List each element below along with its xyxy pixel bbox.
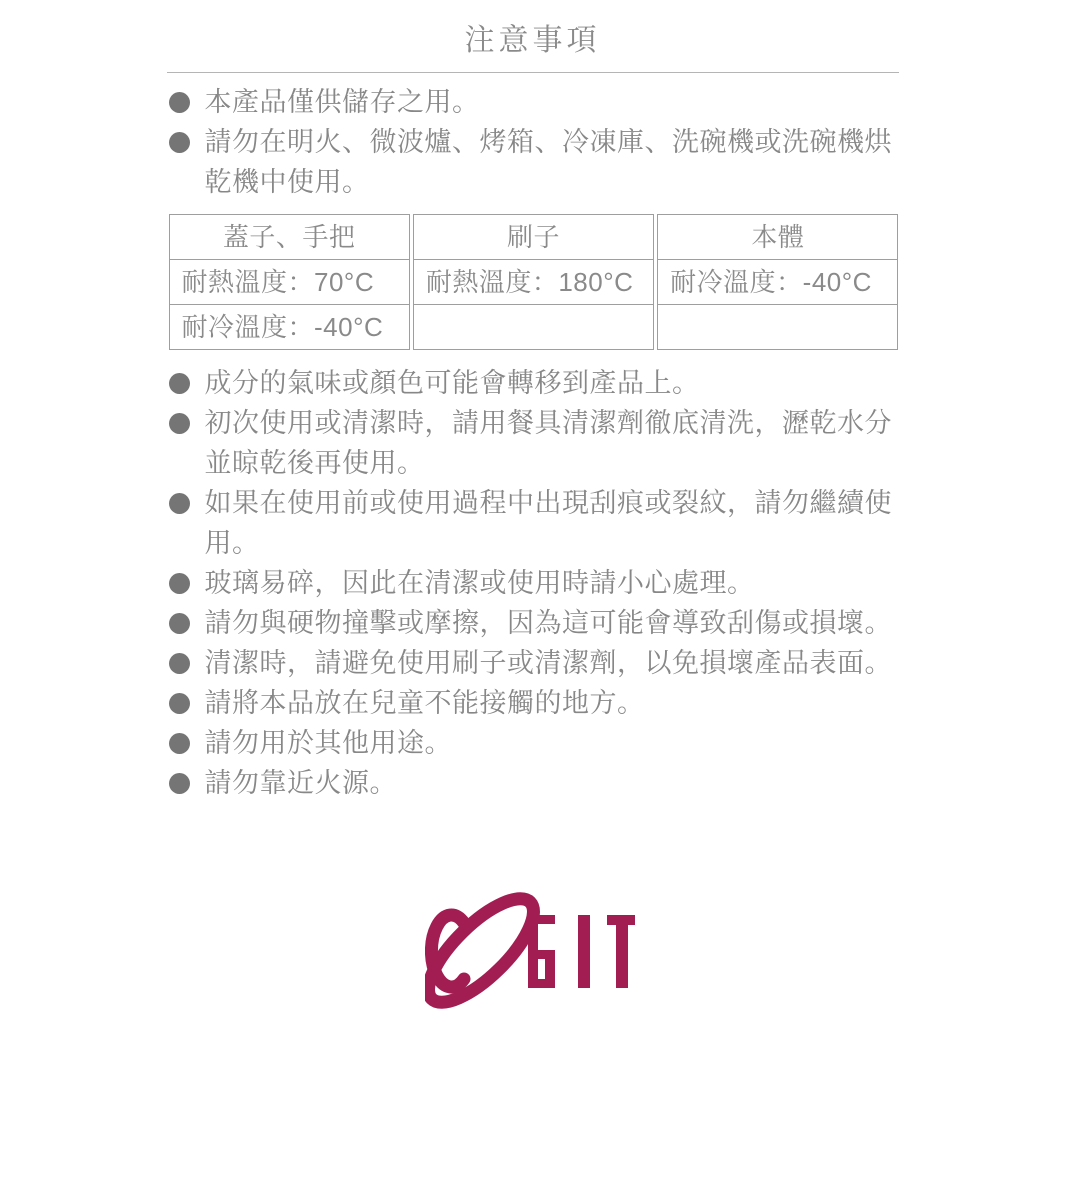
note-item: 玻璃易碎，因此在清潔或使用時請小心處理。 — [167, 563, 899, 603]
note-item: 請勿與硬物撞擊或摩擦，因為這可能會導致刮傷或損壞。 — [167, 603, 899, 643]
bullet-dot-icon — [169, 92, 190, 113]
note-item: 如果在使用前或使用過程中出現刮痕或裂紋，請勿繼續使用。 — [167, 483, 899, 563]
note-text: 請勿靠近火源。 — [205, 768, 398, 798]
bullet-dot-icon — [169, 773, 190, 794]
note-item: 初次使用或清潔時，請用餐具清潔劑徹底清洗，瀝乾水分並晾乾後再使用。 — [167, 403, 899, 483]
bullet-dot-icon — [169, 373, 190, 394]
page-title: 注意事項 — [167, 22, 899, 60]
bullet-dot-icon — [169, 573, 190, 594]
bullet-dot-icon — [169, 733, 190, 754]
logo-letter-g — [528, 915, 555, 988]
spec-column-header: 本體 — [658, 215, 897, 259]
logo-letter-i — [578, 915, 590, 988]
note-text: 清潔時，請避免使用刷子或清潔劑，以免損壞產品表面。 — [205, 648, 893, 678]
note-text: 如果在使用前或使用過程中出現刮痕或裂紋，請勿繼續使用。 — [205, 488, 893, 558]
note-text: 請勿在明火、微波爐、烤箱、冷凍庫、洗碗機或洗碗機烘乾機中使用。 — [205, 127, 893, 197]
note-item: 清潔時，請避免使用刷子或清潔劑，以免損壞產品表面。 — [167, 643, 899, 683]
note-text: 請勿與硬物撞擊或摩擦，因為這可能會導致刮傷或損壞。 — [205, 608, 893, 638]
spec-column-header: 蓋子、手把 — [170, 215, 409, 259]
note-item: 請勿用於其他用途。 — [167, 723, 899, 763]
note-text: 請勿用於其他用途。 — [205, 728, 453, 758]
spec-cell: 耐熱溫度：180°C — [414, 259, 653, 304]
logo-letter-t — [607, 915, 635, 988]
note-item: 成分的氣味或顏色可能會轉移到產品上。 — [167, 363, 899, 403]
spec-cell — [658, 304, 897, 349]
note-text: 初次使用或清潔時，請用餐具清潔劑徹底清洗，瀝乾水分並晾乾後再使用。 — [205, 408, 893, 478]
note-item: 請勿在明火、微波爐、烤箱、冷凍庫、洗碗機或洗碗機烘乾機中使用。 — [167, 122, 899, 202]
bullet-dot-icon — [169, 693, 190, 714]
cogit-logo-icon — [425, 889, 640, 1014]
notes-list-top: 本產品僅供儲存之用。 請勿在明火、微波爐、烤箱、冷凍庫、洗碗機或洗碗機烘乾機中使… — [167, 82, 899, 202]
temperature-spec-table: 蓋子、手把 耐熱溫度：70°C 耐冷溫度：-40°C 刷子 耐熱溫度：180°C… — [169, 214, 899, 350]
bullet-dot-icon — [169, 132, 190, 153]
notes-list-bottom: 成分的氣味或顏色可能會轉移到產品上。 初次使用或清潔時，請用餐具清潔劑徹底清洗，… — [167, 363, 899, 803]
precautions-page: 注意事項 本產品僅供儲存之用。 請勿在明火、微波爐、烤箱、冷凍庫、洗碗機或洗碗機… — [167, 0, 899, 1014]
note-text: 本產品僅供儲存之用。 — [205, 87, 480, 117]
note-item: 請將本品放在兒童不能接觸的地方。 — [167, 683, 899, 723]
bullet-dot-icon — [169, 613, 190, 634]
bullet-dot-icon — [169, 413, 190, 434]
bullet-dot-icon — [169, 653, 190, 674]
bullet-dot-icon — [169, 493, 190, 514]
spec-cell: 耐冷溫度：-40°C — [170, 304, 409, 349]
spec-column-lid-handle: 蓋子、手把 耐熱溫度：70°C 耐冷溫度：-40°C — [169, 214, 410, 350]
note-item: 請勿靠近火源。 — [167, 763, 899, 803]
note-item: 本產品僅供儲存之用。 — [167, 82, 899, 122]
spec-cell — [414, 304, 653, 349]
spec-column-body: 本體 耐冷溫度：-40°C — [657, 214, 898, 350]
spec-cell: 耐熱溫度：70°C — [170, 259, 409, 304]
note-text: 請將本品放在兒童不能接觸的地方。 — [205, 688, 645, 718]
title-divider — [167, 72, 899, 73]
note-text: 成分的氣味或顏色可能會轉移到產品上。 — [205, 368, 700, 398]
spec-column-header: 刷子 — [414, 215, 653, 259]
spec-cell: 耐冷溫度：-40°C — [658, 259, 897, 304]
note-text: 玻璃易碎，因此在清潔或使用時請小心處理。 — [205, 568, 755, 598]
spec-column-brush: 刷子 耐熱溫度：180°C — [413, 214, 654, 350]
brand-logo — [167, 889, 899, 1014]
